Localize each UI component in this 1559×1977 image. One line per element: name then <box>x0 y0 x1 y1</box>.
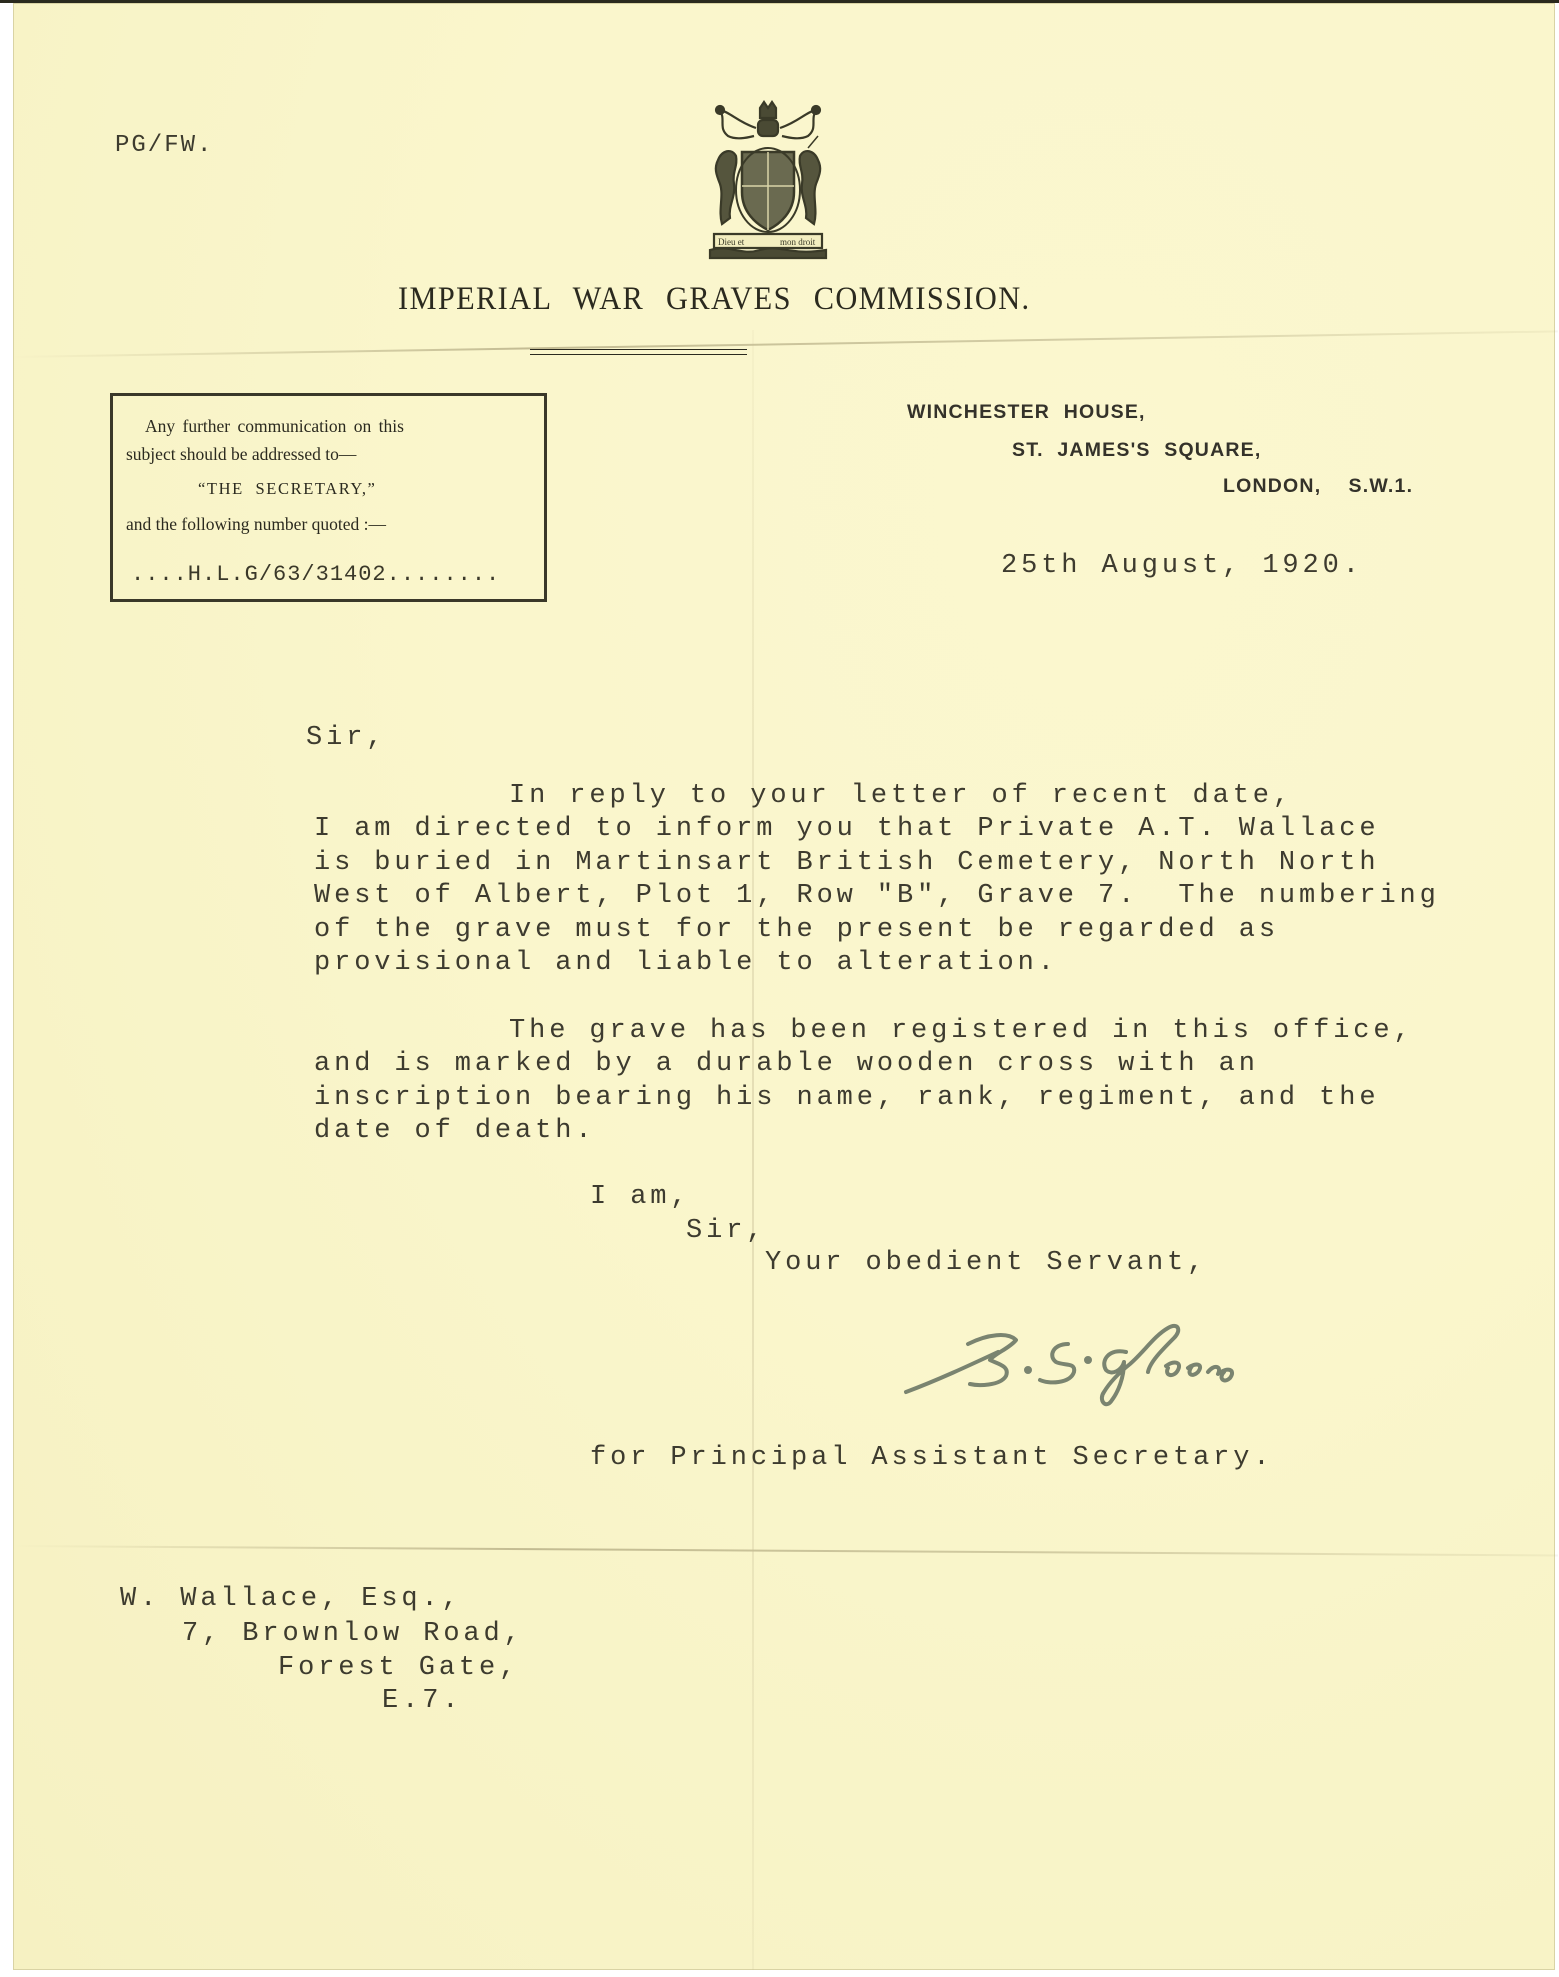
recipient-address-line-4: E.7. <box>382 1688 462 1715</box>
crest-motto-left: Dieu et <box>718 237 745 247</box>
signatory-title: for Principal Assistant Secretary. <box>590 1445 1274 1472</box>
body-paragraph-1-line-3: is buried in Martinsart British Cemetery… <box>314 850 1379 877</box>
reference-box-line-4: and the following number quoted :— <box>126 516 386 534</box>
reference-box-line-2: subject should be addressed to— <box>126 446 356 464</box>
body-paragraph-1-line-2: I am directed to inform you that Private… <box>314 816 1379 843</box>
crest-motto-right: mon droit <box>780 237 816 247</box>
sender-address-line-2: ST. JAMES'S SQUARE, <box>1012 441 1261 461</box>
closing-line-3: Your obedient Servant, <box>765 1250 1207 1277</box>
organisation-title: IMPERIAL WAR GRAVES COMMISSION. <box>398 283 1030 316</box>
body-paragraph-1-line-5: of the grave must for the present be reg… <box>314 917 1279 944</box>
reference-initials: PG/FW. <box>115 134 213 158</box>
title-double-rule-top <box>530 349 747 350</box>
closing-line-1: I am, <box>590 1184 691 1211</box>
handwritten-signature <box>898 1300 1258 1410</box>
title-double-rule-bottom <box>530 354 747 355</box>
body-paragraph-2-line-4: date of death. <box>314 1118 595 1145</box>
salutation: Sir, <box>306 725 386 752</box>
recipient-address-line-3: Forest Gate, <box>278 1655 519 1682</box>
letter-date: 25th August, 1920. <box>1001 553 1363 580</box>
body-paragraph-1-line-4: West of Albert, Plot 1, Row "B", Grave 7… <box>314 883 1440 910</box>
fold-crease-vertical <box>752 330 754 1970</box>
royal-coat-of-arms-icon: Dieu et mon droit <box>708 100 828 260</box>
body-paragraph-1-line-1: In reply to your letter of recent date, <box>509 783 1293 810</box>
reference-box: Any further communication on this subjec… <box>110 393 547 602</box>
sender-address-line-3: LONDON, S.W.1. <box>1223 477 1413 497</box>
reference-box-line-1: Any further communication on this <box>145 418 404 436</box>
body-paragraph-2-line-2: and is marked by a durable wooden cross … <box>314 1051 1259 1078</box>
closing-line-2: Sir, <box>686 1218 766 1245</box>
body-paragraph-2-line-3: inscription bearing his name, rank, regi… <box>314 1085 1379 1112</box>
recipient-address-line-1: W. Wallace, Esq., <box>120 1586 462 1613</box>
recipient-address-line-2: 7, Brownlow Road, <box>182 1621 524 1648</box>
reference-number: ....H.L.G/63/31402........ <box>131 562 500 587</box>
body-paragraph-2-line-1: The grave has been registered in this of… <box>509 1018 1414 1045</box>
sender-address-line-1: WINCHESTER HOUSE, <box>907 403 1146 423</box>
reference-box-secretary: “THE SECRETARY,” <box>198 481 376 498</box>
body-paragraph-1-line-6: provisional and liable to alteration. <box>314 950 1058 977</box>
